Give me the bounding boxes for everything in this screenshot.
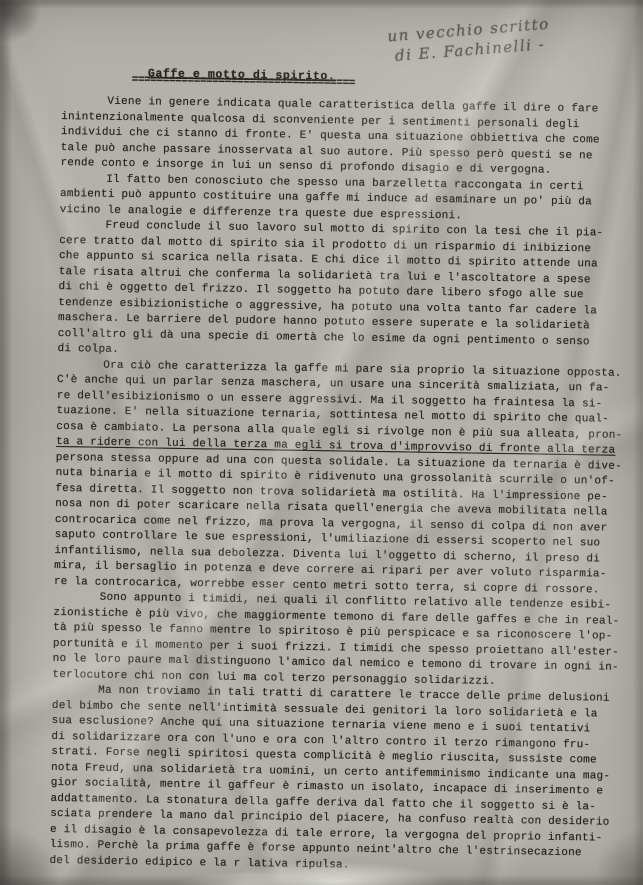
- paragraph: Sono appunto i timidi, nei quali il conf…: [52, 590, 613, 692]
- typewritten-text-block: Gaffe e motto di spirito. ==============…: [49, 66, 622, 878]
- paragraph: Viene in genere indicata quale caratteri…: [60, 94, 621, 180]
- scanned-page: un vecchio scritto di E. Fachinelli - Ga…: [0, 0, 643, 885]
- document-body: Viene in genere indicata quale caratteri…: [49, 94, 621, 878]
- paragraph: Ma non troviamo in tali tratti di caratt…: [49, 683, 612, 878]
- paragraph: Freud conclude il suo lavoro sul motto d…: [57, 218, 619, 366]
- handwritten-note: un vecchio scritto di E. Fachinelli -: [387, 14, 552, 67]
- paragraph: Ora ciò che caratterizza la gaffe mi par…: [54, 357, 618, 598]
